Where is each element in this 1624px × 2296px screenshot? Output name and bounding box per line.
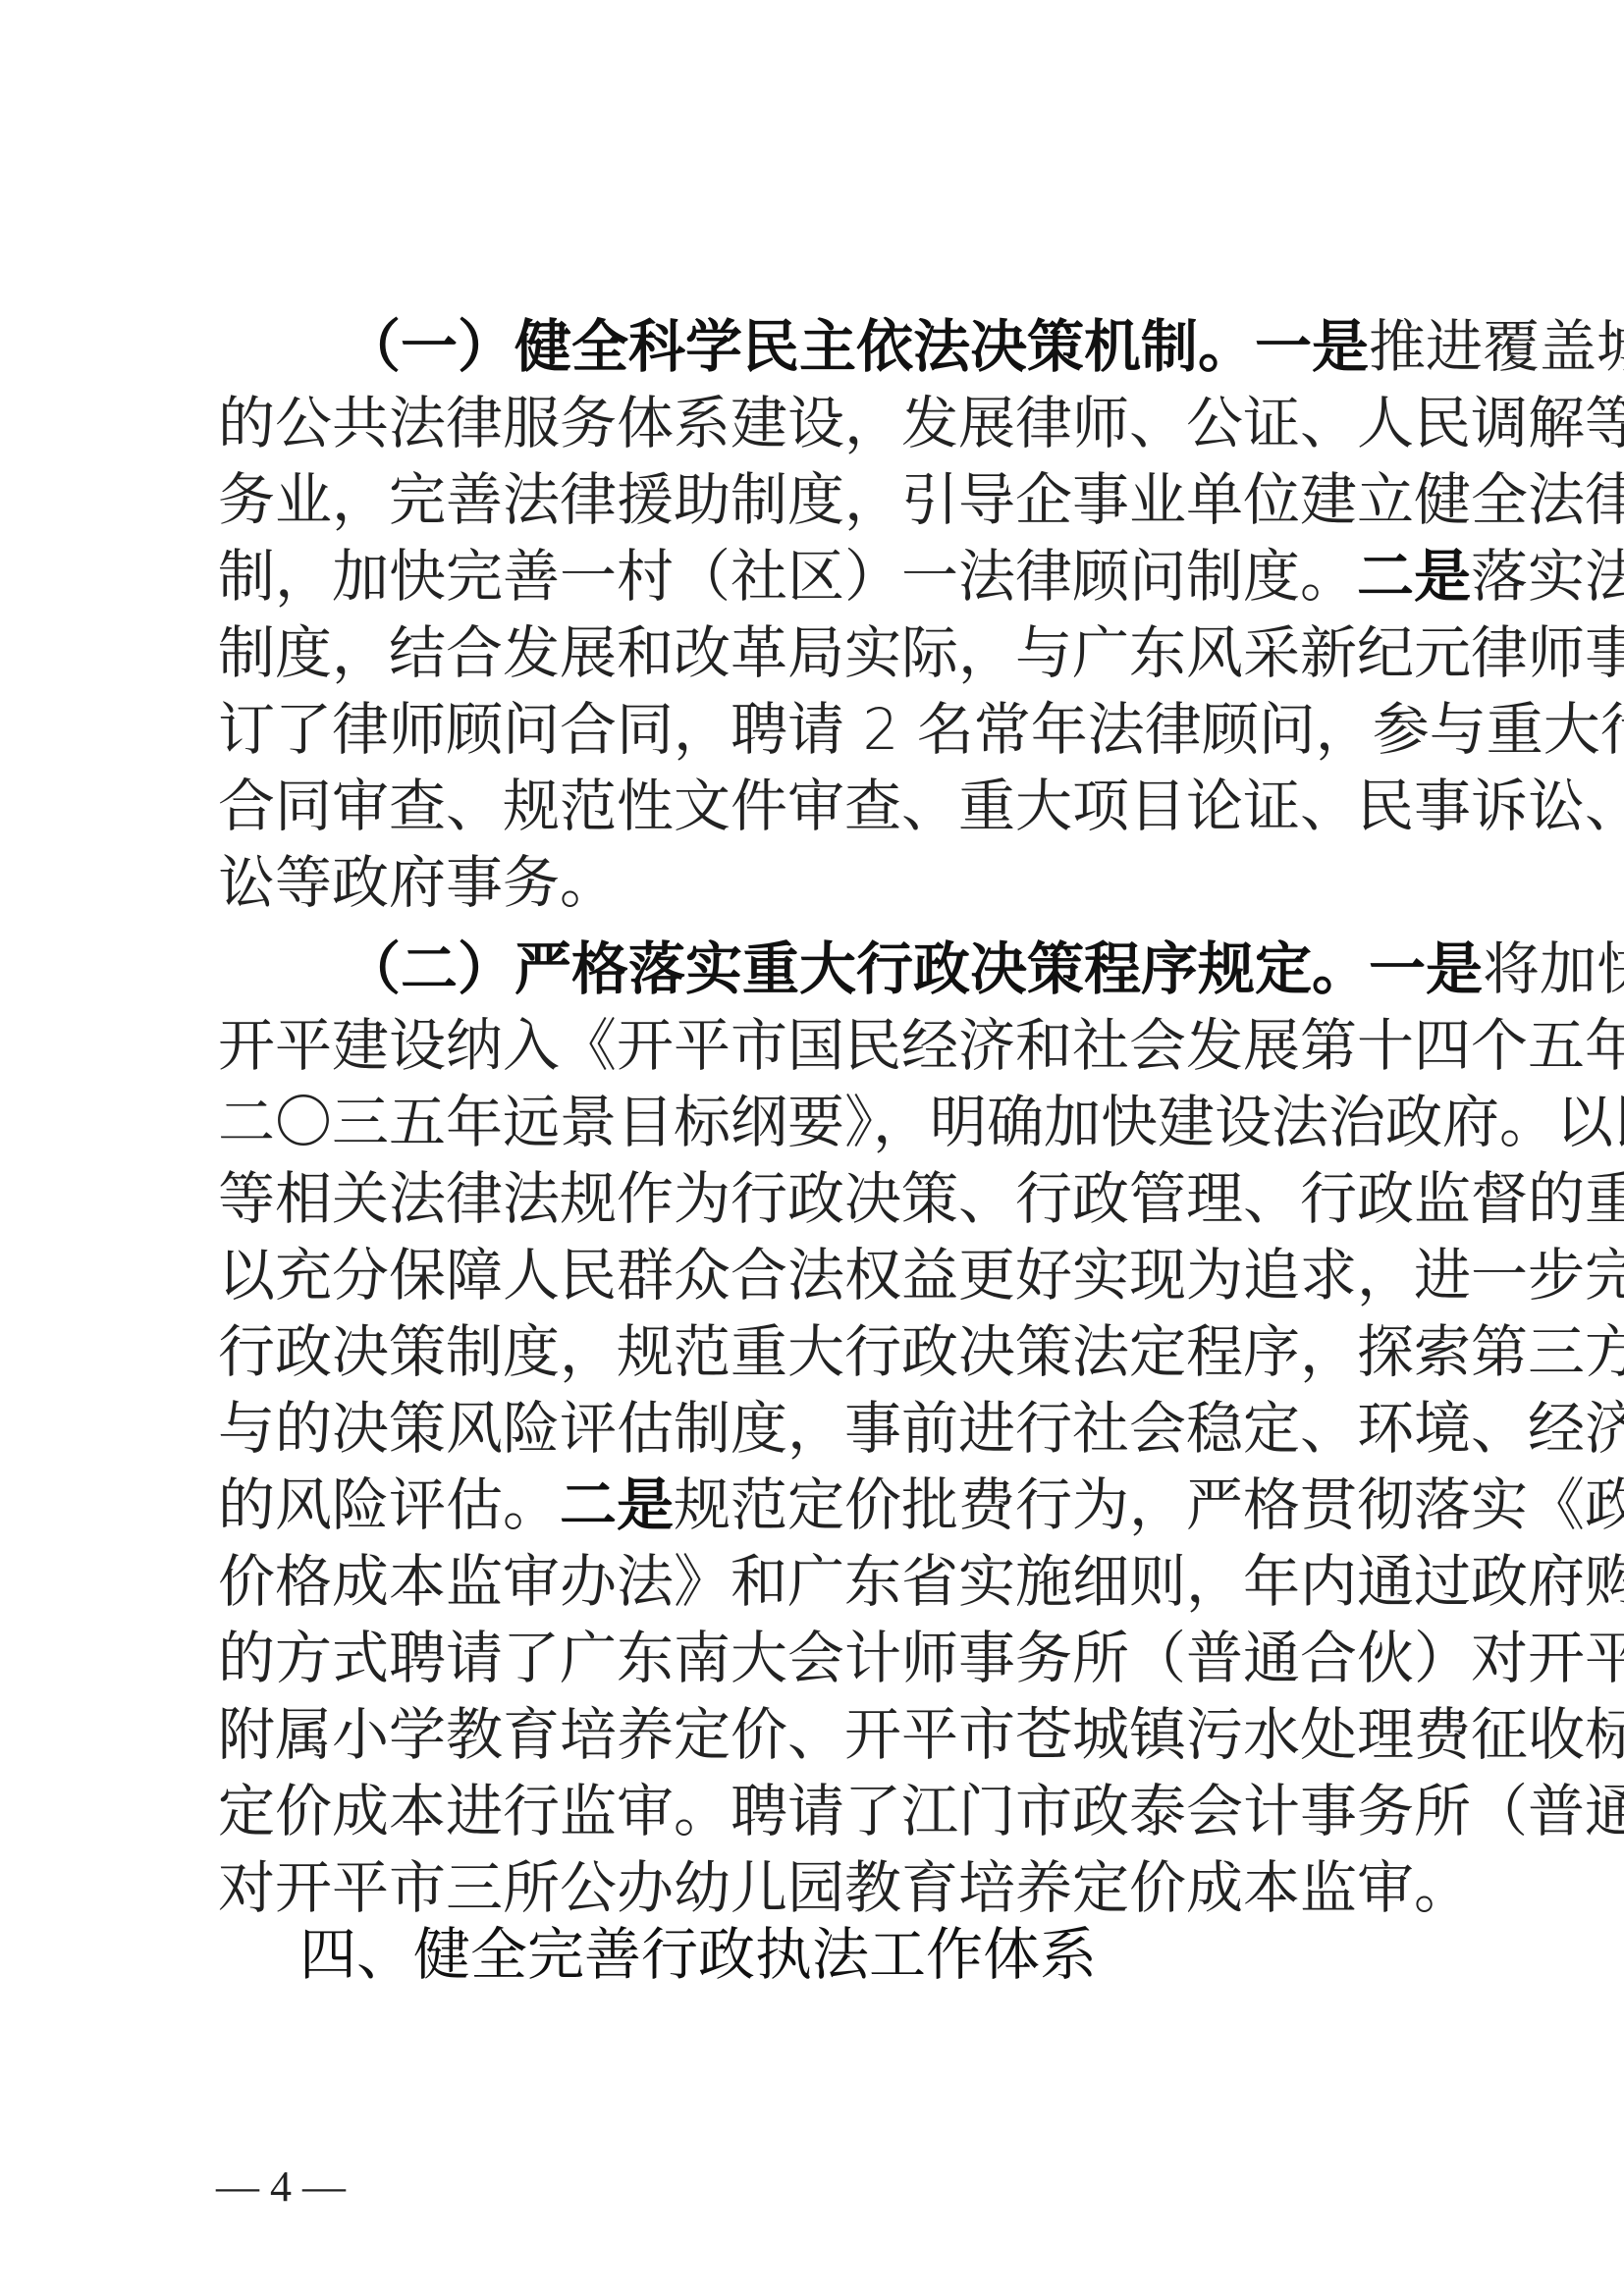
section-1-line-3: 务业，完善法律援助制度，引导企事业单位建立健全法律顾问体 (218, 461, 1410, 538)
section-2-line-1: （二）严格落实重大行政决策程序规定。一是将加快法治 (344, 931, 1410, 1007)
section-heading: 四、健全完善行政执法工作体系 (299, 1916, 1097, 1993)
section-1-line-6: 订了律师顾问合同，聘请 2 名常年法律顾问，参与重大行政决策、 (218, 691, 1410, 768)
section-1-line-5: 制度，结合发展和改革局实际，与广东风采新纪元律师事务所签 (218, 614, 1410, 691)
section-2-line-4: 等相关法律法规作为行政决策、行政管理、行政监督的重要标尺， (218, 1160, 1410, 1237)
section-2-line-3: 二〇三五年远景目标纲要》，明确加快建设法治政府。以民法典 (218, 1084, 1410, 1160)
section-2-line-12: 定价成本进行监审。聘请了江门市政泰会计事务所（普通合伙） (218, 1773, 1410, 1849)
section-1-line-4: 制，加快完善一村（社区）一法律顾问制度。二是落实法律顾问 (218, 538, 1410, 614)
section-1-line-1: （一）健全科学民主依法决策机制。一是推进覆盖城乡居民 (344, 308, 1410, 385)
section-2-line-9: 价格成本监审办法》和广东省实施细则，年内通过政府购买服务 (218, 1543, 1410, 1620)
section-2-line-13: 对开平市三所公办幼儿园教育培养定价成本监审。 (218, 1849, 1410, 1926)
page-number: — 4 — (216, 2160, 346, 2215)
section-1-line-7: 合同审查、规范性文件审查、重大项目论证、民事诉讼、行政诉 (218, 768, 1410, 844)
section-2-line-11: 附属小学教育培养定价、开平市苍城镇污水处理费征收标准调整 (218, 1696, 1410, 1773)
document-page: （一）健全科学民主依法决策机制。一是推进覆盖城乡居民 的公共法律服务体系建设，发… (0, 0, 1624, 2296)
section-1-line-2: 的公共法律服务体系建设，发展律师、公证、人民调解等法律服 (218, 385, 1410, 461)
section-1-line-8: 讼等政府事务。 (218, 844, 1410, 921)
section-2-line-5: 以充分保障人民群众合法权益更好实现为追求，进一步完善重大 (218, 1237, 1410, 1313)
section-2-title: （二）严格落实重大行政决策程序规定。一是 (344, 935, 1483, 1002)
section-2-line-10: 的方式聘请了广东南大会计师事务所（普通合伙）对开平市长师 (218, 1620, 1410, 1696)
section-2-line-2: 开平建设纳入《开平市国民经济和社会发展第十四个五年规划和 (218, 1007, 1410, 1084)
section-1-title: （一）健全科学民主依法决策机制。一是 (344, 313, 1369, 380)
section-2-line-8: 的风险评估。二是规范定价批费行为，严格贯彻落实《政府制定 (218, 1467, 1410, 1543)
section-2-line-6: 行政决策制度，规范重大行政决策法定程序，探索第三方机构参 (218, 1313, 1410, 1390)
section-2-line-7: 与的决策风险评估制度，事前进行社会稳定、环境、经济等方面 (218, 1390, 1410, 1467)
